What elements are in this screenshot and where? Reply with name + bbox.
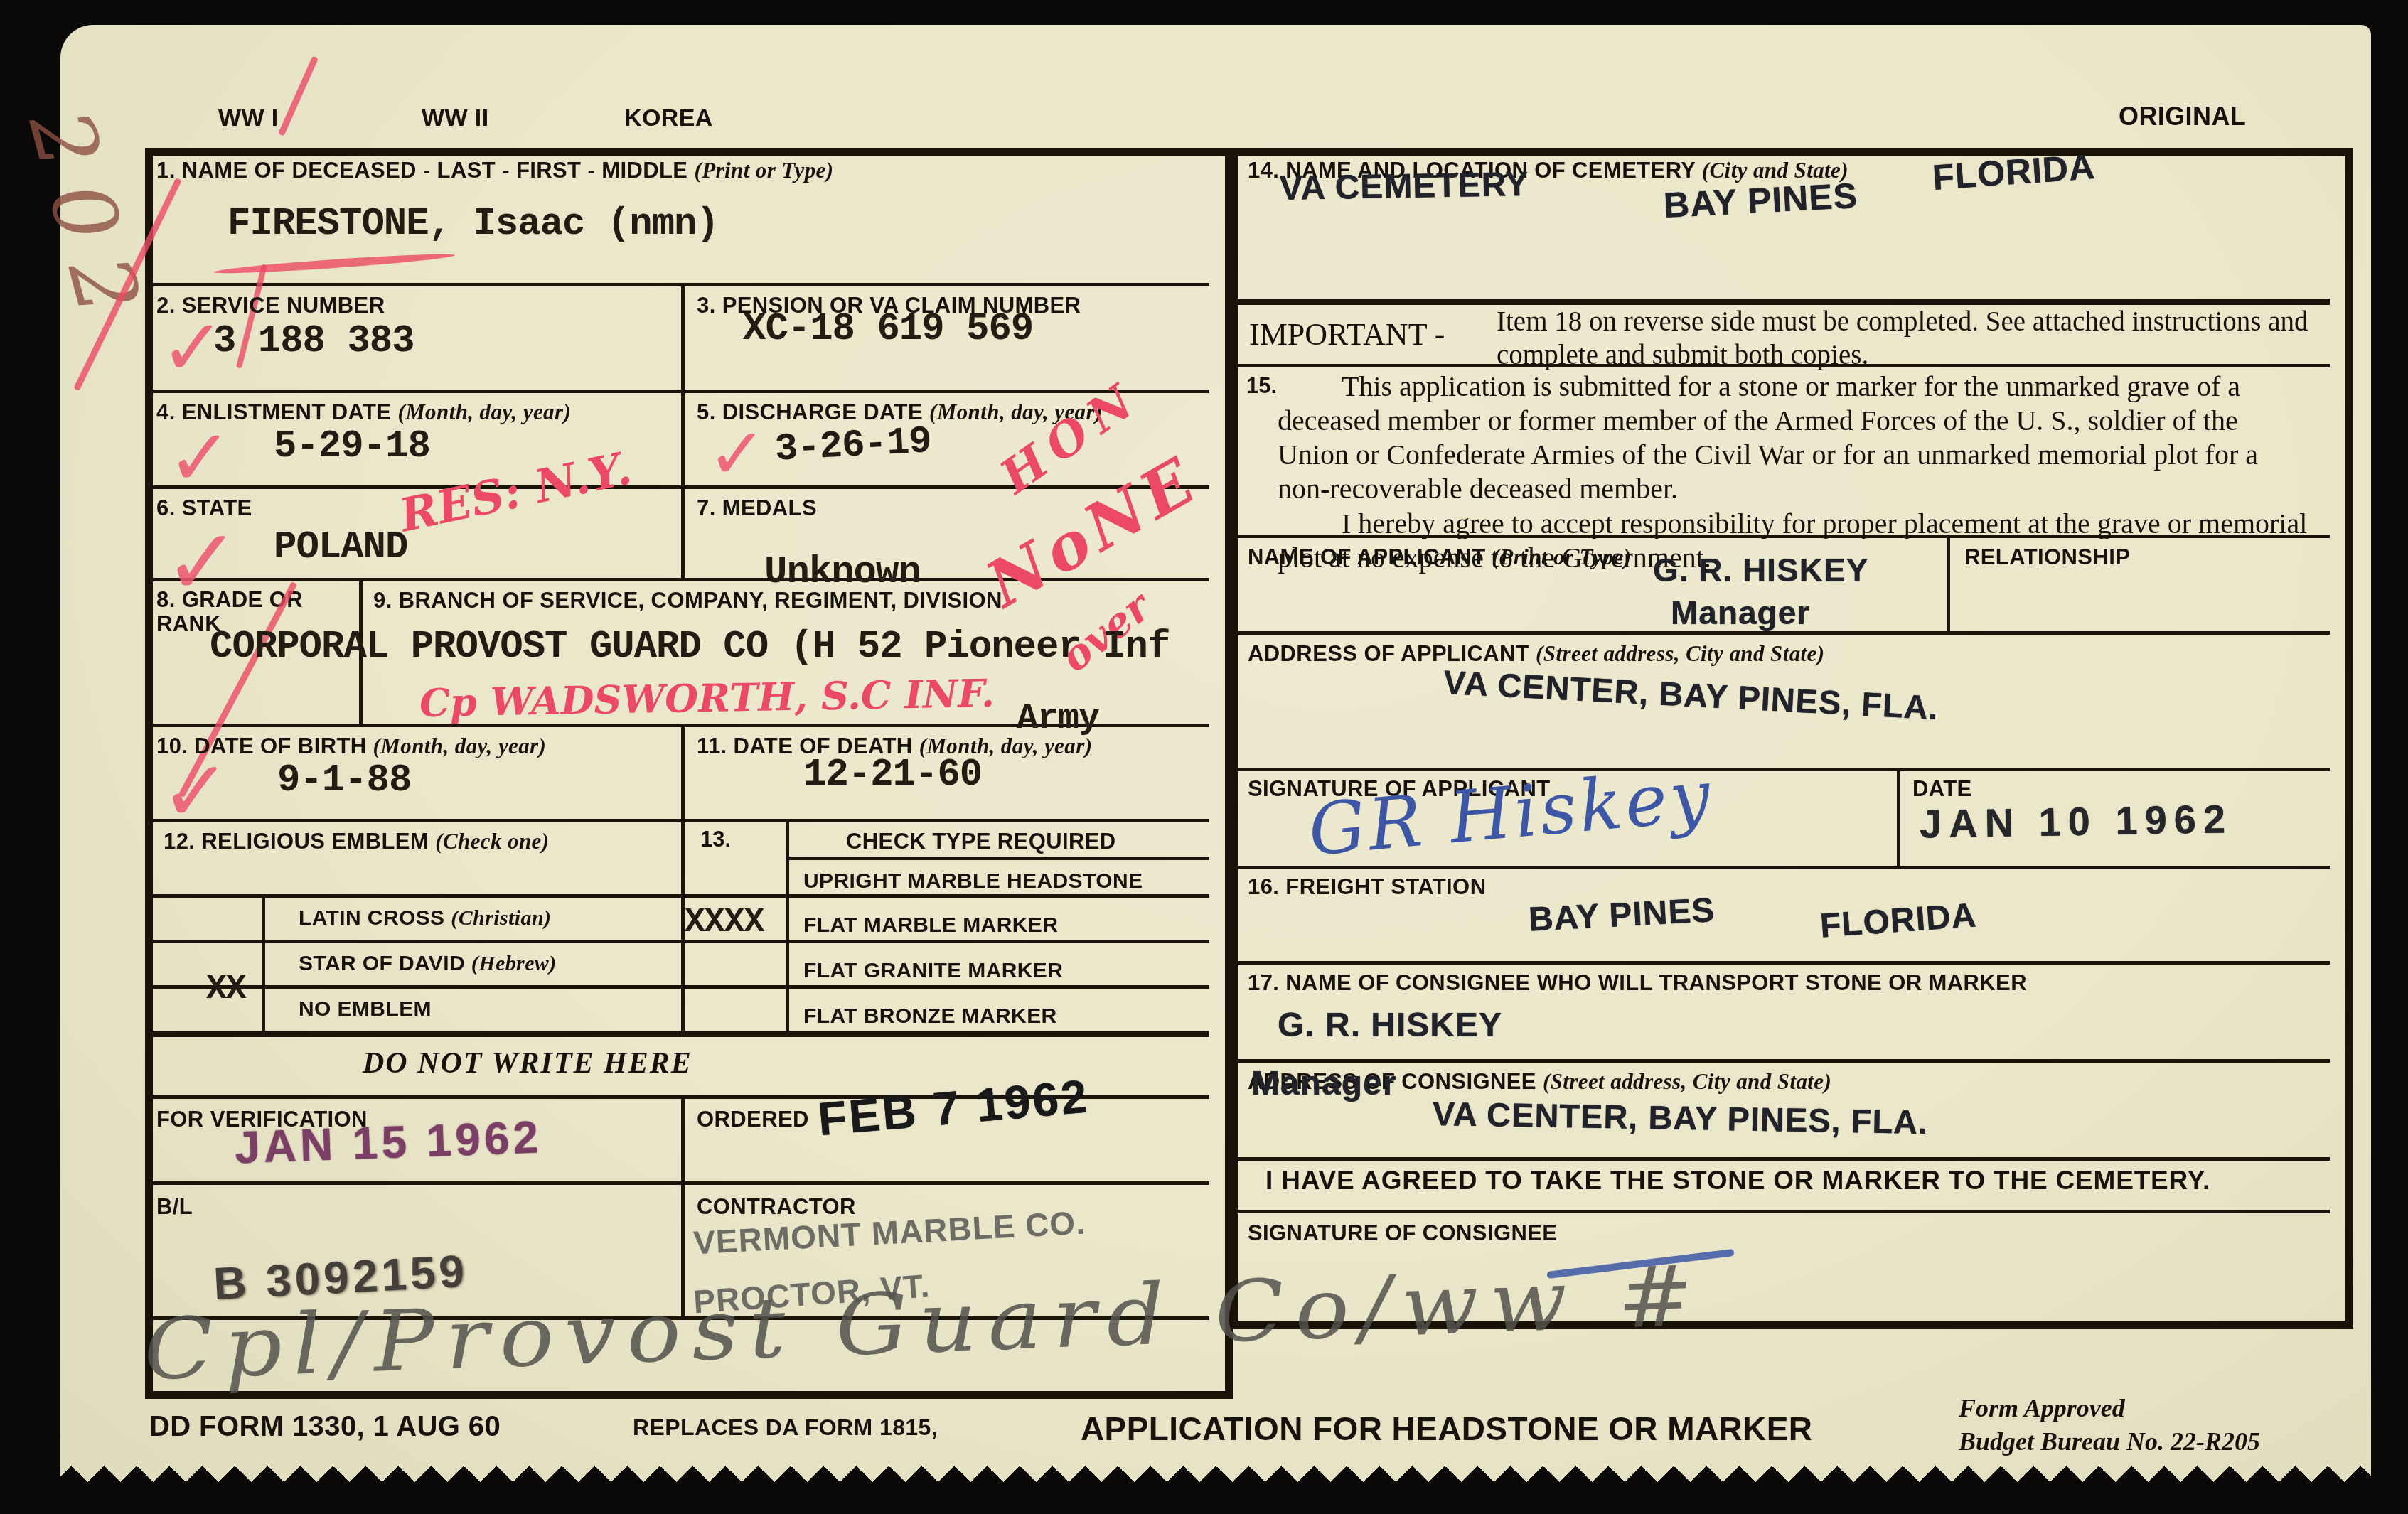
important-text: Item 18 on reverse side must be complete…	[1497, 306, 2321, 372]
red-check-field5: ✓	[707, 412, 767, 495]
cemetery-name-stamp: VA CEMETERY	[1280, 165, 1530, 208]
war-label-korea: KOREA	[624, 104, 713, 132]
original-copy-label: ORIGINAL	[2119, 102, 2246, 131]
emblem-option-latin-cross: LATIN CROSS (Christian)	[299, 906, 551, 930]
field13-number: 13.	[700, 827, 731, 852]
type-option-upright-marble: UPRIGHT MARBLE HEADSTONE	[803, 869, 1143, 893]
field9-value: CORPORAL PROVOST GUARD CO (H 52 Pioneer …	[210, 626, 1170, 669]
field5-value: 3-26-19	[774, 420, 933, 471]
type-option-flat-granite: FLAT GRANITE MARKER	[803, 959, 1063, 983]
relationship-label: RELATIONSHIP	[1964, 544, 2130, 570]
field1-value: FIRESTONE, Isaac (nmn)	[228, 203, 719, 246]
torn-paper-edge	[60, 1466, 2371, 1490]
form-paper: 202 WW I WW II KOREA ORIGINAL 1. NAME OF…	[60, 25, 2371, 1489]
scanned-form-page: { "margin": { "ww1": "WW I", "ww2": "WW …	[0, 0, 2408, 1514]
bl-label: B/L	[156, 1194, 193, 1220]
verification-date-stamp: JAN 15 1962	[234, 1110, 542, 1174]
emblem-option-no-emblem: NO EMBLEM	[299, 997, 432, 1021]
field17-label: 17. NAME OF CONSIGNEE WHO WILL TRANSPORT…	[1248, 970, 2027, 996]
war-label-ww1: WW I	[218, 104, 279, 132]
war-label-ww2: WW II	[422, 104, 489, 132]
applicant-title-stamp: Manager	[1671, 594, 1810, 632]
field10-value: 9-1-88	[277, 759, 411, 802]
field2-value: 3 188 383	[213, 320, 414, 363]
important-label: IMPORTANT -	[1249, 316, 1445, 354]
field6-value: POLAND	[274, 526, 407, 569]
signature-date-stamp: JAN 10 1962	[1919, 795, 2232, 847]
field3-value: XC-18 619 569	[743, 308, 1033, 351]
footer-form-number: DD FORM 1330, 1 AUG 60	[149, 1411, 501, 1443]
date-label: DATE	[1912, 776, 1972, 802]
field1-label: 1. NAME OF DECEASED - LAST - FIRST - MID…	[156, 158, 833, 183]
field9-label: 9. BRANCH OF SERVICE, COMPANY, REGIMENT,…	[373, 588, 1002, 613]
footer-replaces-note: REPLACES DA FORM 1815,	[633, 1414, 938, 1441]
consignee-title-stamp: Manager	[1251, 1064, 1396, 1103]
field16-label: 16. FREIGHT STATION	[1248, 874, 1486, 900]
field15-paragraph1: This application is submitted for a ston…	[1278, 370, 2312, 506]
field11-value: 12-21-60	[803, 753, 982, 797]
margin-page-note: 202	[9, 101, 164, 345]
type-mark-flat-marble: XXXX	[685, 903, 764, 942]
red-check-field2: ✓	[160, 302, 225, 393]
field12-label: 12. RELIGIOUS EMBLEM (Check one)	[164, 829, 549, 854]
consignee-name-stamp: G. R. HISKEY	[1278, 1006, 1502, 1045]
field7-label: 7. MEDALS	[697, 495, 817, 521]
agreed-statement: I HAVE AGREED TO TAKE THE STONE OR MARKE…	[1265, 1166, 2210, 1196]
field15-number: 15.	[1246, 373, 1277, 399]
applicant-address-label: ADDRESS OF APPLICANT (Street address, Ci…	[1248, 641, 1824, 667]
do-not-write-here-label: DO NOT WRITE HERE	[363, 1046, 692, 1080]
red-check-field10: ✓	[160, 743, 232, 842]
emblem-mark-star-of-david: XX	[206, 970, 246, 1009]
type-option-flat-marble: FLAT MARBLE MARKER	[803, 913, 1058, 938]
applicant-name-stamp: G. R. HISKEY	[1653, 551, 1868, 589]
red-check-field4: ✓	[167, 412, 232, 503]
applicant-name-label: NAME OF APPLICANT (Print or Type)	[1248, 544, 1632, 570]
footer-form-title: APPLICATION FOR HEADSTONE OR MARKER	[1081, 1410, 1812, 1448]
ordered-label: ORDERED	[697, 1107, 809, 1132]
type-option-flat-bronze: FLAT BRONZE MARKER	[803, 1004, 1057, 1029]
red-tick-mark	[278, 55, 319, 136]
footer-approved-line1: Form Approved	[1959, 1393, 2125, 1424]
field13-label: CHECK TYPE REQUIRED	[846, 829, 1116, 854]
field4-value: 5-29-18	[274, 425, 430, 468]
footer-approved-line2: Budget Bureau No. 22-R205	[1959, 1427, 2260, 1457]
emblem-option-star-of-david: STAR OF DAVID (Hebrew)	[299, 952, 557, 976]
signature-of-consignee-label: SIGNATURE OF CONSIGNEE	[1248, 1220, 1557, 1246]
